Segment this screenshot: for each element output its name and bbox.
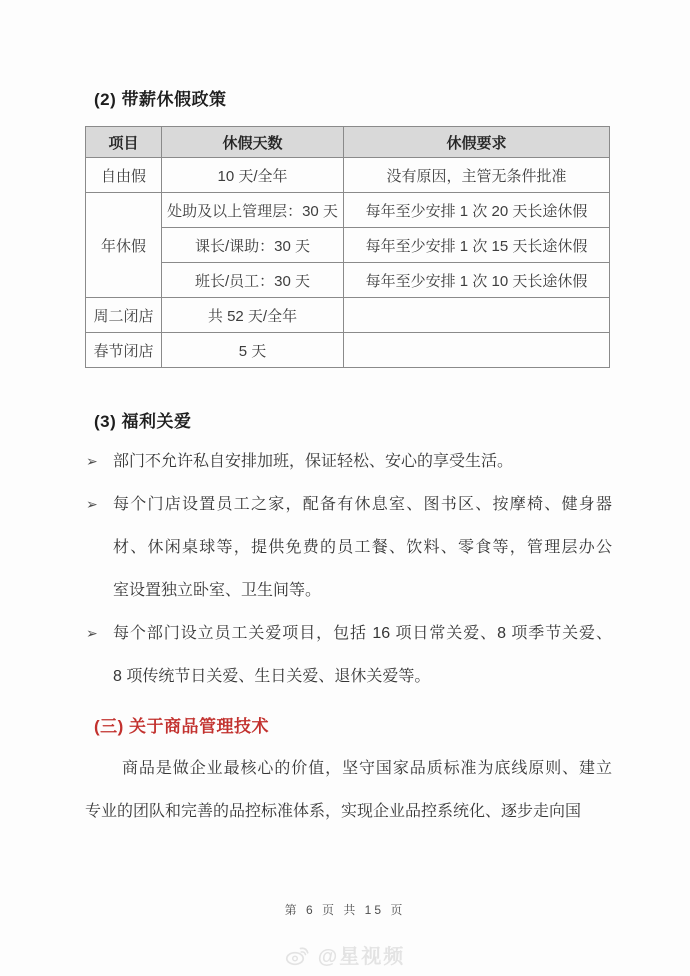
- table-row-annual-leave-3: 班长/员工：30 天 每年至少安排 1 次 10 天长途休假: [86, 263, 610, 298]
- list-item: ➢ 每个部门设立员工关爱项目，包括 16 项日常关爱、8 项季节关爱、 8 项传…: [86, 612, 612, 698]
- bullet-line: 每个部门设立员工关爱项目，包括 16 项日常关爱、8 项季节关爱、: [113, 612, 612, 655]
- section-heading-welfare: (3) 福利关爱: [94, 407, 192, 432]
- col-header-requirement: 休假要求: [344, 127, 610, 158]
- cell-days: 10 天/全年: [162, 158, 344, 193]
- list-item: ➢ 每个门店设置员工之家，配备有休息室、图书区、按摩椅、健身器 材、休闲桌球等，…: [86, 483, 612, 612]
- welfare-bullet-list: ➢ 部门不允许私自安排加班，保证轻松、安心的享受生活。 ➢ 每个门店设置员工之家…: [86, 440, 612, 698]
- bullet-text: 部门不允许私自安排加班，保证轻松、安心的享受生活。: [113, 440, 612, 483]
- table-row-tuesday-closed: 周二闭店 共 52 天/全年: [86, 298, 610, 333]
- cell-item-annual-leave: 年休假: [86, 193, 162, 298]
- cell-requirement: [344, 333, 610, 368]
- bullet-text: 每个部门设立员工关爱项目，包括 16 项日常关爱、8 项季节关爱、 8 项传统节…: [113, 612, 612, 698]
- col-header-days: 休假天数: [162, 127, 344, 158]
- paragraph-line: 专业的团队和完善的品控标准体系，实现企业品控系统化、逐步走向国: [85, 790, 612, 833]
- bullet-line: 室设置独立卧室、卫生间等。: [113, 569, 612, 612]
- leave-policy-table: 项目 休假天数 休假要求 自由假 10 天/全年 没有原因，主管无条件批准 年休…: [85, 126, 610, 368]
- arrow-bullet-icon: ➢: [86, 440, 113, 483]
- cell-item: 自由假: [86, 158, 162, 193]
- weibo-icon: [285, 944, 311, 966]
- bullet-line: 8 项传统节日关爱、生日关爱、退休关爱等。: [113, 655, 612, 698]
- page-number-footer: 第 6 页 共 15 页: [0, 901, 690, 918]
- paragraph-line: 商品是做企业最核心的价值，坚守国家品质标准为底线原则、建立: [85, 747, 612, 790]
- col-header-item: 项目: [86, 127, 162, 158]
- cell-days: 处助及以上管理层：30 天: [162, 193, 344, 228]
- bullet-line: 材、休闲桌球等，提供免费的员工餐、饮料、零食等，管理层办公: [113, 526, 612, 569]
- table-row-annual-leave-2: 课长/课助：30 天 每年至少安排 1 次 15 天长途休假: [86, 228, 610, 263]
- cell-days: 课长/课助：30 天: [162, 228, 344, 263]
- cell-requirement: 每年至少安排 1 次 10 天长途休假: [344, 263, 610, 298]
- section-heading-goods-management: (三) 关于商品管理技术: [94, 712, 269, 737]
- table-row-annual-leave-1: 年休假 处助及以上管理层：30 天 每年至少安排 1 次 20 天长途休假: [86, 193, 610, 228]
- body-paragraph: 商品是做企业最核心的价值，坚守国家品质标准为底线原则、建立 专业的团队和完善的品…: [85, 747, 612, 833]
- bullet-line: 每个门店设置员工之家，配备有休息室、图书区、按摩椅、健身器: [113, 483, 612, 526]
- list-item: ➢ 部门不允许私自安排加班，保证轻松、安心的享受生活。: [86, 440, 612, 483]
- bullet-line: 部门不允许私自安排加班，保证轻松、安心的享受生活。: [113, 440, 612, 483]
- cell-requirement: 没有原因，主管无条件批准: [344, 158, 610, 193]
- cell-requirement: 每年至少安排 1 次 15 天长途休假: [344, 228, 610, 263]
- document-page: (2) 带薪休假政策 项目 休假天数 休假要求 自由假 10 天/全年 没有原因…: [0, 0, 690, 976]
- table-row-free-leave: 自由假 10 天/全年 没有原因，主管无条件批准: [86, 158, 610, 193]
- cell-item: 春节闭店: [86, 333, 162, 368]
- arrow-bullet-icon: ➢: [86, 483, 113, 526]
- cell-requirement: [344, 298, 610, 333]
- bullet-text: 每个门店设置员工之家，配备有休息室、图书区、按摩椅、健身器 材、休闲桌球等，提供…: [113, 483, 612, 612]
- cell-item: 周二闭店: [86, 298, 162, 333]
- watermark-text: @星视频: [318, 940, 406, 969]
- cell-days: 共 52 天/全年: [162, 298, 344, 333]
- cell-days: 5 天: [162, 333, 344, 368]
- arrow-bullet-icon: ➢: [86, 612, 113, 655]
- table-header-row: 项目 休假天数 休假要求: [86, 127, 610, 158]
- cell-requirement: 每年至少安排 1 次 20 天长途休假: [344, 193, 610, 228]
- cell-days: 班长/员工：30 天: [162, 263, 344, 298]
- section-heading-paid-leave: (2) 带薪休假政策: [94, 85, 227, 110]
- watermark: @星视频: [0, 940, 690, 969]
- table-row-spring-festival-closed: 春节闭店 5 天: [86, 333, 610, 368]
